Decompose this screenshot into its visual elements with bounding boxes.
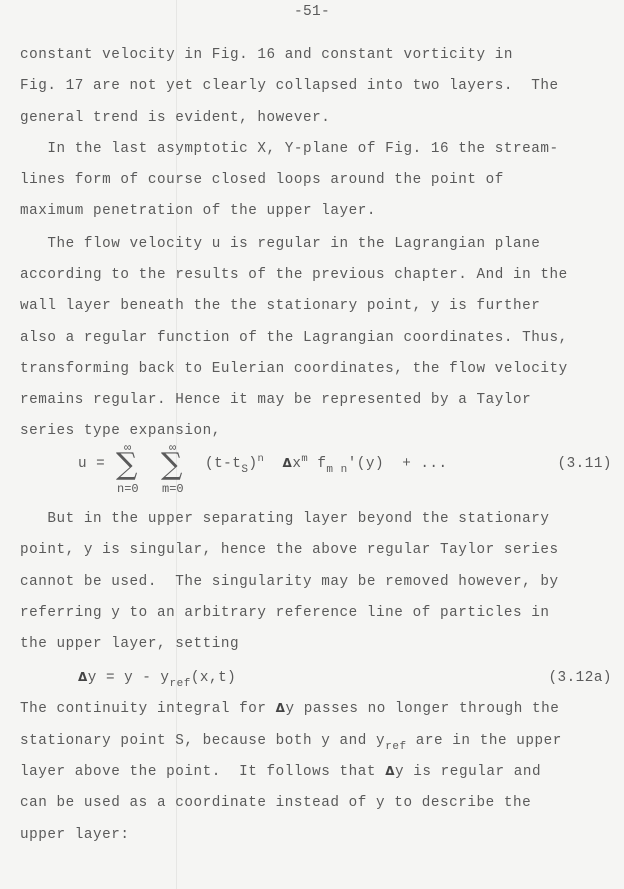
text-line: lines form of course closed loops around…	[20, 172, 504, 188]
equation-body: Δy = y - yref(x,t)	[78, 670, 236, 686]
text-segment: are in the upper	[407, 733, 562, 749]
term-base: (t-t	[205, 456, 241, 472]
dx-exponent: m	[301, 453, 308, 465]
text-line: In the last asymptotic X, Y-plane of Fig…	[20, 141, 559, 157]
f-tail: '(y) + ...	[348, 456, 448, 472]
text-segment: y is regular and	[395, 764, 541, 780]
sum1-lower: n=0	[117, 482, 139, 496]
text-line: upper layer:	[20, 827, 130, 843]
text-line: Fig. 17 are not yet clearly collapsed in…	[20, 78, 559, 94]
text-line: stationary point S, because both y and y…	[20, 733, 562, 749]
text-segment: stationary point S, because both y and y	[20, 733, 385, 749]
equation-number: (3.12a)	[548, 670, 612, 686]
text-line: But in the upper separating layer beyond…	[20, 511, 550, 527]
text-line: referring y to an arbitrary reference li…	[20, 605, 550, 621]
text-line: point, y is singular, hence the above re…	[20, 542, 559, 558]
equation-number: (3.11)	[558, 456, 612, 472]
text-line: cannot be used. The singularity may be r…	[20, 574, 559, 590]
term-subscript: S	[241, 464, 248, 476]
delta-symbol: Δ	[385, 764, 395, 778]
text-line: The continuity integral for Δy passes no…	[20, 701, 559, 717]
text-segment: The continuity integral for	[20, 701, 276, 717]
term-exponent: n	[258, 453, 265, 465]
text-line: remains regular. Hence it may be represe…	[20, 392, 531, 408]
term-close: )	[248, 456, 257, 472]
text-line: can be used as a coordinate instead of y…	[20, 795, 531, 811]
text-segment: layer above the point. It follows that	[20, 764, 385, 780]
delta-symbol: Δ	[78, 670, 88, 684]
ref-subscript: ref	[385, 741, 406, 753]
equation-tail: (x,t)	[191, 670, 236, 686]
summation-icon: ∑	[116, 450, 137, 480]
text-line: according to the results of the previous…	[20, 267, 568, 283]
delta-symbol: Δ	[276, 701, 286, 715]
text-line: general trend is evident, however.	[20, 110, 330, 126]
text-line: transforming back to Eulerian coordinate…	[20, 361, 568, 377]
text-line: wall layer beneath the the stationary po…	[20, 298, 540, 314]
sum2-lower: m=0	[162, 482, 184, 496]
delta-symbol: Δ	[283, 456, 293, 470]
equation-term: (t-tS)n Δxm fm n'(y) + ...	[205, 456, 448, 472]
text-line: also a regular function of the Lagrangia…	[20, 330, 568, 346]
text-line: series type expansion,	[20, 423, 221, 439]
text-line: maximum penetration of the upper layer.	[20, 203, 376, 219]
page-number: -51-	[0, 4, 624, 20]
summation-icon: ∑	[161, 450, 182, 480]
text-line: constant velocity in Fig. 16 and constan…	[20, 47, 513, 63]
text-line: The flow velocity u is regular in the La…	[20, 236, 540, 252]
equation-lhs: u =	[78, 456, 105, 472]
f-subscript: m n	[326, 464, 347, 476]
equation-lhs: y = y - y	[88, 670, 170, 686]
text-line: layer above the point. It follows that Δ…	[20, 764, 541, 780]
text-segment: y passes no longer through the	[285, 701, 559, 717]
ref-subscript: ref	[170, 678, 191, 690]
text-line: the upper layer, setting	[20, 636, 239, 652]
